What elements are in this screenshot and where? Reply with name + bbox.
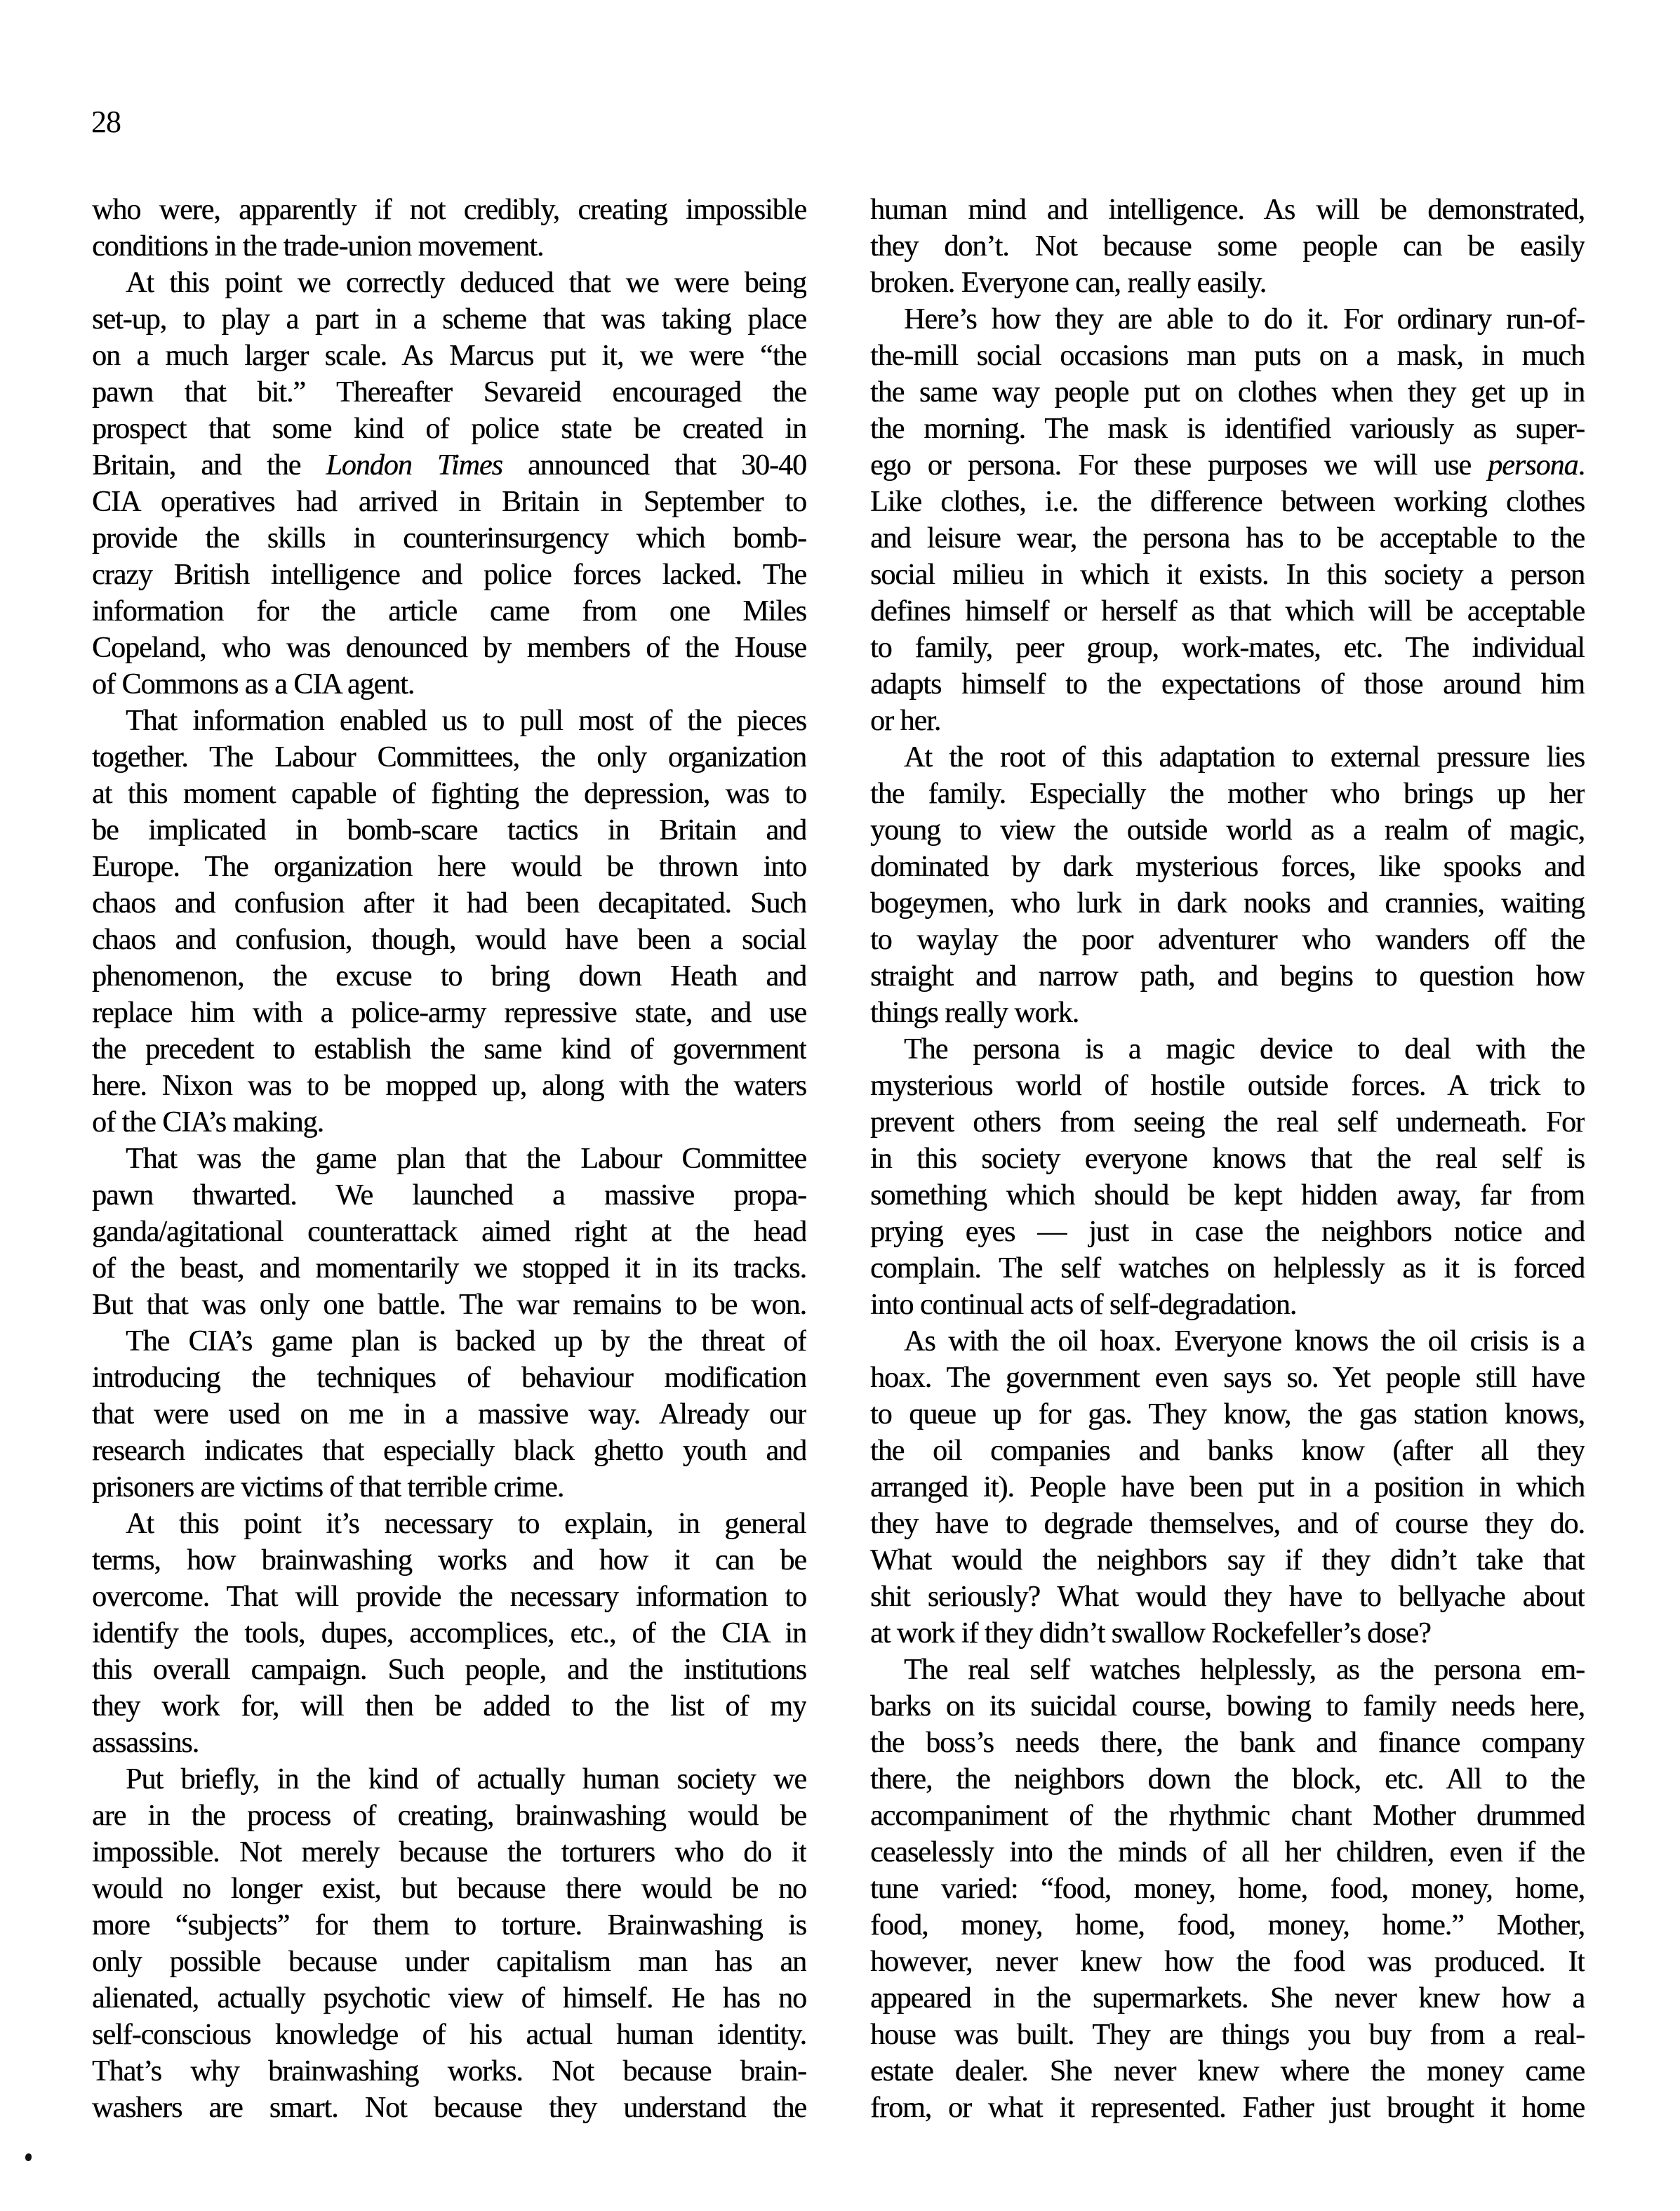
text-line: That’s why brainwashing works. Not becau… (92, 2053, 806, 2090)
text-line: crazy British intelligence and police fo… (92, 557, 806, 593)
text-line: to waylay the poor adventurer who wander… (870, 922, 1585, 958)
text-line: or her. (870, 703, 1585, 739)
text-line: overcome. That will provide the necessar… (92, 1579, 806, 1615)
text-line: into continual acts of self-degradation. (870, 1287, 1585, 1323)
text-line: But that was only one battle. The war re… (92, 1287, 806, 1323)
text-line: ego or persona. For these purposes we wi… (870, 447, 1585, 484)
text-line: Like clothes, i.e. the difference betwee… (870, 484, 1585, 520)
text-line: chaos and confusion, though, would have … (92, 922, 806, 958)
text-line: at work if they didn’t swallow Rockefell… (870, 1615, 1585, 1652)
text-line: in this society everyone knows that the … (870, 1141, 1585, 1177)
text-line: adapts himself to the expectations of th… (870, 666, 1585, 703)
text-line: prisoners are victims of that terrible c… (92, 1469, 806, 1506)
text-line: the oil companies and banks know (after … (870, 1433, 1585, 1469)
text-line: of Commons as a CIA agent. (92, 666, 806, 703)
text-line: would no longer exist, but because there… (92, 1871, 806, 1907)
text-line: set-up, to play a part in a scheme that … (92, 301, 806, 338)
text-line: assassins. (92, 1725, 806, 1761)
text-line: the precedent to establish the same kind… (92, 1031, 806, 1068)
text-line: information for the article came from on… (92, 593, 806, 630)
text-line: dominated by dark mysterious forces, lik… (870, 849, 1585, 885)
text-line: to family, peer group, work-mates, etc. … (870, 630, 1585, 666)
text-line: house was built. They are things you buy… (870, 2017, 1585, 2053)
text-line: terms, how brainwashing works and how it… (92, 1542, 806, 1579)
text-line: the morning. The mask is identified vari… (870, 411, 1585, 447)
text-line: impossible. Not merely because the tortu… (92, 1834, 806, 1871)
text-line: of the beast, and momentarily we stopped… (92, 1250, 806, 1287)
text-line: self-conscious knowledge of his actual h… (92, 2017, 806, 2053)
text-line: are in the process of creating, brainwas… (92, 1798, 806, 1834)
text-line: prospect that some kind of police state … (92, 411, 806, 447)
text-line: that were used on me in a massive way. A… (92, 1396, 806, 1433)
text-line: At this point it’s necessary to explain,… (92, 1506, 806, 1542)
text-line: replace him with a police-army repressiv… (92, 995, 806, 1031)
text-line: there, the neighbors down the block, etc… (870, 1761, 1585, 1798)
text-line: identify the tools, dupes, accomplices, … (92, 1615, 806, 1652)
text-line: chaos and confusion after it had been de… (92, 885, 806, 922)
text-line: At this point we correctly deduced that … (92, 265, 806, 301)
text-line: shit seriously? What would they have to … (870, 1579, 1585, 1615)
text-line: at this moment capable of fighting the d… (92, 776, 806, 812)
text-line: here. Nixon was to be mopped up, along w… (92, 1068, 806, 1104)
text-line: who were, apparently if not credibly, cr… (92, 192, 806, 228)
text-line: this overall campaign. Such people, and … (92, 1652, 806, 1688)
text-line: arranged it). People have been put in a … (870, 1469, 1585, 1506)
text-line: the family. Especially the mother who br… (870, 776, 1585, 812)
text-line: of the CIA’s making. (92, 1104, 806, 1141)
text-line: food, money, home, food, money, home.” M… (870, 1907, 1585, 1944)
text-line: mysterious world of hostile outside forc… (870, 1068, 1585, 1104)
text-line: pawn thwarted. We launched a massive pro… (92, 1177, 806, 1214)
text-line: At the root of this adaptation to extern… (870, 739, 1585, 776)
text-line: washers are smart. Not because they unde… (92, 2090, 806, 2126)
text-line: Copeland, who was denounced by members o… (92, 630, 806, 666)
text-line: estate dealer. She never knew where the … (870, 2053, 1585, 2090)
text-line: The real self watches helplessly, as the… (870, 1652, 1585, 1688)
page-number: 28 (91, 104, 121, 140)
text-line: CIA operatives had arrived in Britain in… (92, 484, 806, 520)
text-line: What would the neighbors say if they did… (870, 1542, 1585, 1579)
text-line: pawn that bit.” Thereafter Sevareid enco… (92, 374, 806, 411)
text-line: ganda/agitational counterattack aimed ri… (92, 1214, 806, 1250)
text-line: As with the oil hoax. Everyone knows the… (870, 1323, 1585, 1360)
text-line: they work for, will then be added to the… (92, 1688, 806, 1725)
column-right: human mind and intelligence. As will be … (870, 192, 1585, 2126)
text-line: broken. Everyone can, really easily. (870, 265, 1585, 301)
text-line: from, or what it represented. Father jus… (870, 2090, 1585, 2126)
text-line: That information enabled us to pull most… (92, 703, 806, 739)
text-line: and leisure wear, the persona has to be … (870, 520, 1585, 557)
text-line: however, never knew how the food was pro… (870, 1944, 1585, 1980)
text-line: Europe. The organization here would be t… (92, 849, 806, 885)
ink-speck (25, 2153, 32, 2161)
text-line: Britain, and the London Times announced … (92, 447, 806, 484)
text-line: on a much larger scale. As Marcus put it… (92, 338, 806, 374)
text-line: prevent others from seeing the real self… (870, 1104, 1585, 1141)
column-left: who were, apparently if not credibly, cr… (92, 192, 806, 2126)
text-line: together. The Labour Committees, the onl… (92, 739, 806, 776)
text-line: bogeymen, who lurk in dark nooks and cra… (870, 885, 1585, 922)
text-line: appeared in the supermarkets. She never … (870, 1980, 1585, 2017)
text-line: Put briefly, in the kind of actually hum… (92, 1761, 806, 1798)
text-line: prying eyes — just in case the neighbors… (870, 1214, 1585, 1250)
text-line: human mind and intelligence. As will be … (870, 192, 1585, 228)
text-line: phenomenon, the excuse to bring down Hea… (92, 958, 806, 995)
text-line: straight and narrow path, and begins to … (870, 958, 1585, 995)
text-line: The persona is a magic device to deal wi… (870, 1031, 1585, 1068)
scanned-book-page: 28 who were, apparently if not credibly,… (0, 0, 1680, 2211)
text-line: young to view the outside world as a rea… (870, 812, 1585, 849)
text-line: only possible because under capitalism m… (92, 1944, 806, 1980)
text-line: provide the skills in counterinsurgency … (92, 520, 806, 557)
text-line: barks on its suicidal course, bowing to … (870, 1688, 1585, 1725)
text-line: tune varied: “food, money, home, food, m… (870, 1871, 1585, 1907)
text-line: alienated, actually psychotic view of hi… (92, 1980, 806, 2017)
text-line: research indicates that especially black… (92, 1433, 806, 1469)
text-line: the boss’s needs there, the bank and fin… (870, 1725, 1585, 1761)
text-line: they have to degrade themselves, and of … (870, 1506, 1585, 1542)
text-line: That was the game plan that the Labour C… (92, 1141, 806, 1177)
text-line: The CIA’s game plan is backed up by the … (92, 1323, 806, 1360)
text-line: introducing the techniques of behaviour … (92, 1360, 806, 1396)
text-line: Here’s how they are able to do it. For o… (870, 301, 1585, 338)
text-line: hoax. The government even says so. Yet p… (870, 1360, 1585, 1396)
text-line: more “subjects” for them to torture. Bra… (92, 1907, 806, 1944)
text-line: things really work. (870, 995, 1585, 1031)
text-line: complain. The self watches on helplessly… (870, 1250, 1585, 1287)
text-line: be implicated in bomb-scare tactics in B… (92, 812, 806, 849)
text-line: the same way people put on clothes when … (870, 374, 1585, 411)
text-line: accompaniment of the rhythmic chant Moth… (870, 1798, 1585, 1834)
text-line: social milieu in which it exists. In thi… (870, 557, 1585, 593)
text-line: conditions in the trade-union movement. (92, 228, 806, 265)
text-line: something which should be kept hidden aw… (870, 1177, 1585, 1214)
text-line: to queue up for gas. They know, the gas … (870, 1396, 1585, 1433)
text-line: the-mill social occasions man puts on a … (870, 338, 1585, 374)
text-line: defines himself or herself as that which… (870, 593, 1585, 630)
text-line: they don’t. Not because some people can … (870, 228, 1585, 265)
text-line: ceaselessly into the minds of all her ch… (870, 1834, 1585, 1871)
